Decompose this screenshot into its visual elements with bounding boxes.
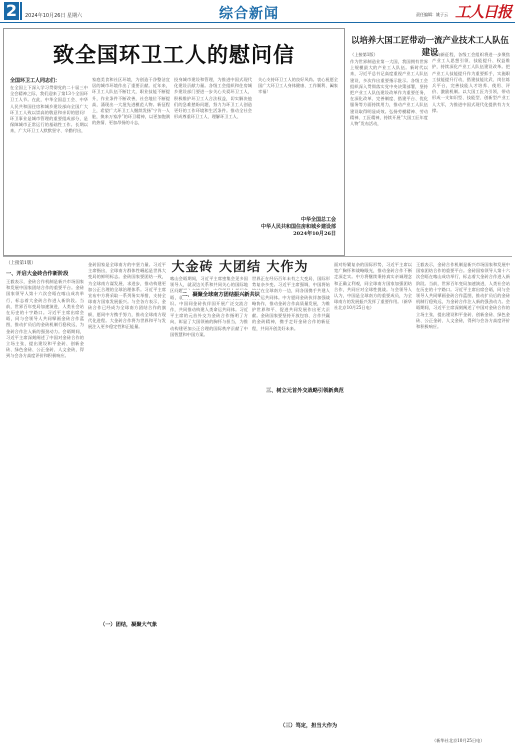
- page-number: 2: [4, 2, 19, 20]
- page-number-bar: [20, 2, 22, 20]
- section-heading-3: 三、树立元首外交战略引领新典范: [266, 386, 344, 395]
- feature-column-5: 面对纷繁复杂的国际形势，习近平主席以宽广胸怀和战略眼光，推动金砖合作不断走深走实…: [334, 262, 412, 743]
- section-heading-1: 一、开启大金砖合作新阶段: [6, 270, 68, 277]
- sidebar-article: 以培养大国工匠带动一流产业技术工人队伍建设 （上接第1版） 作为世界制造业第一大…: [348, 28, 512, 254]
- letter-greeting: 全国环卫工人同志们：: [10, 77, 60, 84]
- letter-signature: 中华全国总工会 中华人民共和国住房和城乡建设部 2024年10月26日: [261, 217, 336, 238]
- section-title: 综合新闻: [219, 3, 279, 23]
- section-heading-4: （一）团结，凝聚大气象: [100, 620, 157, 629]
- feature-column-3: 喀山会晤期间，习近平主席密集会见多国领导人，就双边关系和共同关心的国际地区问题深…: [170, 276, 248, 743]
- feature-kicker: （上接第1版）: [6, 260, 36, 266]
- paper-logo: 工人日报: [455, 1, 511, 22]
- feature-column-6: 王毅表示，金砖合作机制是新兴市场国家和发展中国家团结合作的重要平台。金砖国家领导…: [416, 262, 510, 732]
- signature-line-2: 中华人民共和国住房和城乡建设部: [261, 224, 336, 231]
- sidebar-column-1: 作为世界制造业第一大国，我国拥有世界上规模最大的产业工人队伍。新时代以来，习近平…: [350, 59, 428, 251]
- editor-credit: 责任编辑：姚子云: [416, 12, 448, 18]
- issue-date: 2024年10月26日 星期六: [25, 12, 82, 19]
- signature-line-1: 中华全国总工会: [261, 217, 336, 224]
- sidebar-source: （上接第1版）: [350, 52, 378, 58]
- feature-column-2: 金砖国家是全球南方的中坚力量。习近平主席指出，全球南方群体性崛起是世界大变局的鲜…: [88, 262, 166, 743]
- letter-column-3: 投身城市建设和管理，为推进中国式现代化建设贡献力量。各级工会组织和住房城乡建设部…: [174, 77, 252, 245]
- letter-column-2: 家庭美食和社区环境，为创造干净整洁宜居的城市环境作出了重要贡献。近年来，环卫工人…: [92, 77, 170, 245]
- letter-article: 致全国环卫工人的慰问信 全国环卫工人同志们： 在全国上下深入学习贯彻党的二十届三…: [3, 28, 345, 256]
- letter-headline: 致全国环卫工人的慰问信: [4, 39, 344, 69]
- signature-date: 2024年10月26日: [261, 231, 336, 238]
- feature-column-4: 世界正在经历百年未有之大变局，国际形势复杂多变。习近平主席强调，中国将始终站在全…: [252, 276, 330, 743]
- feature-column-1: 王毅表示，金砖合作机制是新兴市场国家和发展中国家团结合作的重要平台。金砖国家领导…: [6, 279, 84, 743]
- page-masthead: 2 2024年10月26日 星期六 综合新闻 责任编辑：姚子云 工人日报: [0, 0, 515, 23]
- letter-column-1: 在全国上下深入学习贯彻党的二十届三中全会精神之际，我们迎来了第13个全国环卫工人…: [10, 85, 88, 245]
- article-credit: （新华社北京10月25日电）: [432, 738, 485, 744]
- section-heading-6: （三）笃定，担当大作为: [280, 721, 337, 730]
- sidebar-column-2: 面向新征程，各级工会组织将进一步聚焦产业工人思想引领、技能提升、权益维护，持续深…: [432, 52, 510, 202]
- section-heading-2: 二、凝聚全球南方团结振兴新共识: [182, 290, 260, 299]
- letter-column-4: 关心支持环卫工人的良好风尚。衷心祝愿全国广大环卫工人身体健康、工作顺利、阖家幸福…: [258, 77, 338, 213]
